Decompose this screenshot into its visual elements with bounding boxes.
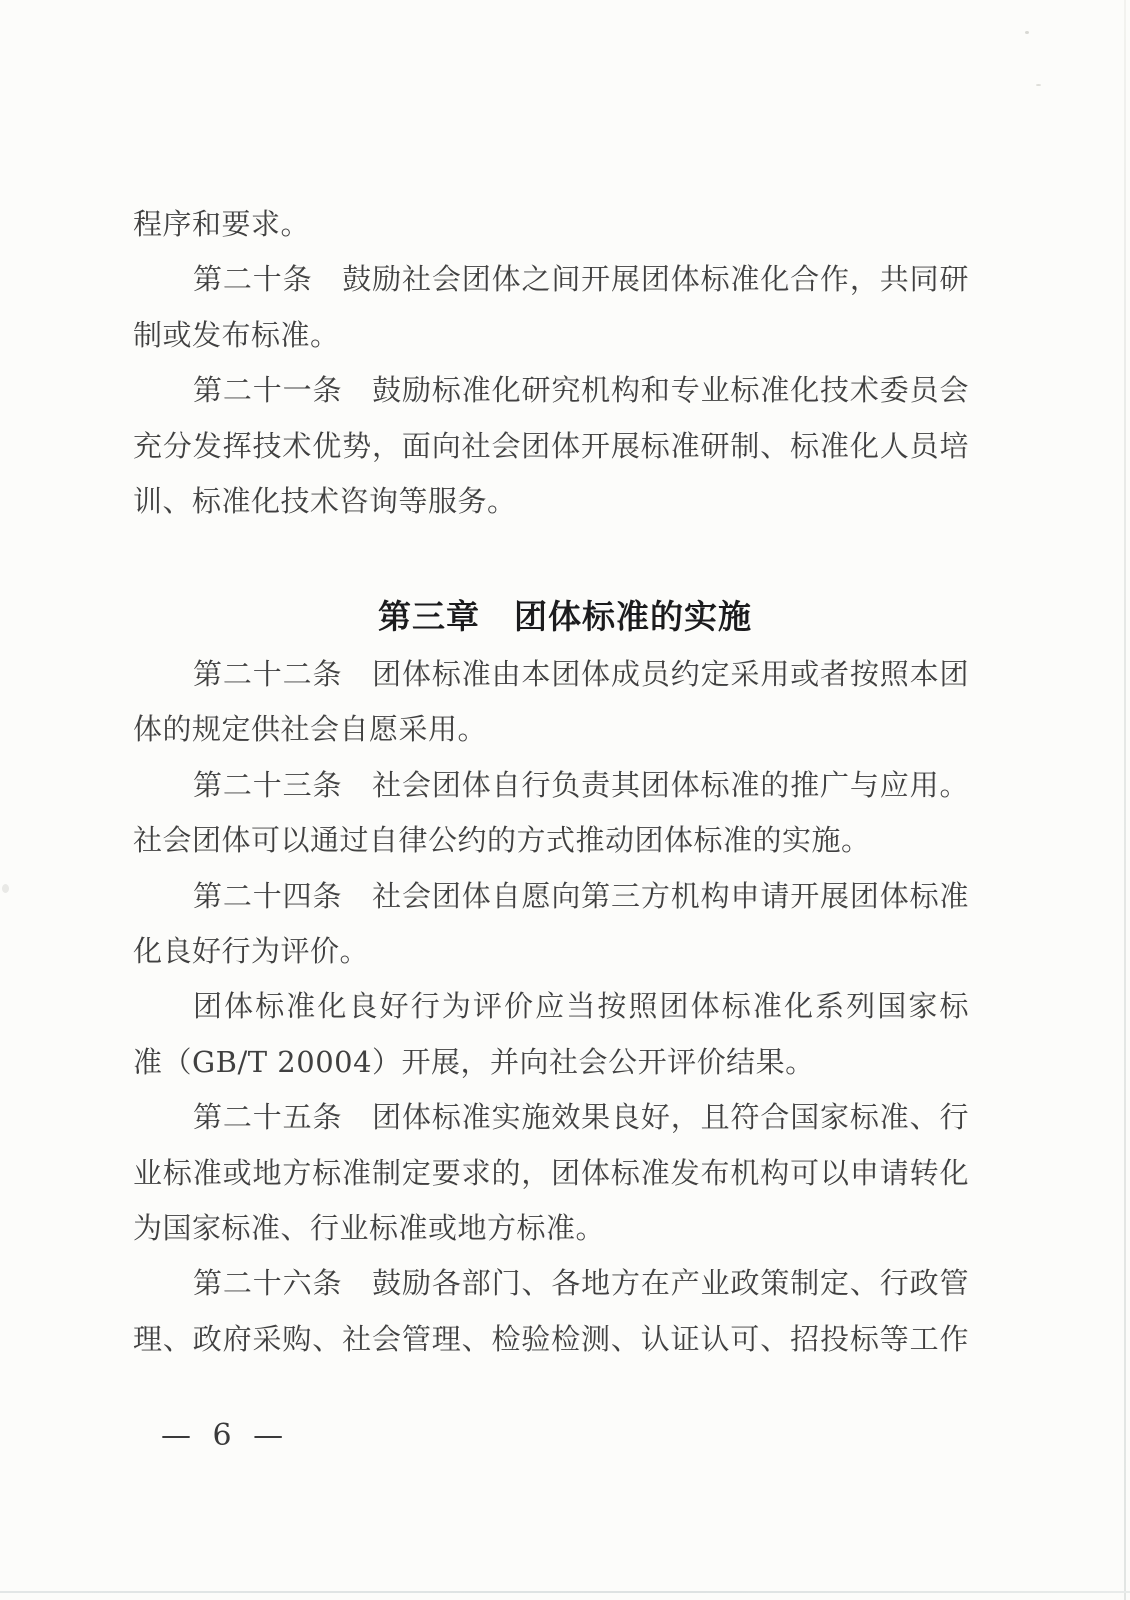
scan-artifact-bottom-edge	[0, 1591, 1130, 1593]
scan-artifact-speck	[2, 884, 9, 893]
text-line: 化良好行为评价。	[133, 924, 969, 979]
chapter-heading: 第三章 团体标准的实施	[0, 592, 1130, 642]
text-line: 第二十一条 鼓励标准化研究机构和专业标准化技术委员会	[133, 363, 969, 418]
scan-artifact-speck	[1025, 31, 1029, 34]
body-text-upper: 程序和要求。第二十条 鼓励社会团体之间开展团体标准化合作，共同研制或发布标准。第…	[133, 197, 969, 529]
scan-artifact-right-edge	[1124, 0, 1126, 1600]
body-text-lower: 第二十二条 团体标准由本团体成员约定采用或者按照本团体的规定供社会自愿采用。第二…	[133, 647, 969, 1367]
text-line: 第二十三条 社会团体自行负责其团体标准的推广与应用。	[133, 758, 969, 813]
text-line: 第二十条 鼓励社会团体之间开展团体标准化合作，共同研	[133, 252, 969, 307]
text-line: 社会团体可以通过自律公约的方式推动团体标准的实施。	[133, 813, 969, 868]
scan-artifact-speck	[1036, 84, 1041, 86]
text-line: 体的规定供社会自愿采用。	[133, 702, 969, 757]
text-line: 为国家标准、行业标准或地方标准。	[133, 1201, 969, 1256]
text-line: 业标准或地方标准制定要求的，团体标准发布机构可以申请转化	[133, 1146, 969, 1201]
page-number: — 6 —	[161, 1419, 285, 1453]
text-line: 第二十二条 团体标准由本团体成员约定采用或者按照本团	[133, 647, 969, 702]
text-line: 程序和要求。	[133, 197, 969, 252]
text-line: 训、标准化技术咨询等服务。	[133, 474, 969, 529]
text-line: 第二十五条 团体标准实施效果良好，且符合国家标准、行	[133, 1090, 969, 1145]
text-line: 第二十六条 鼓励各部门、各地方在产业政策制定、行政管	[133, 1256, 969, 1311]
text-line: 团体标准化良好行为评价应当按照团体标准化系列国家标	[133, 979, 969, 1034]
text-line: 充分发挥技术优势，面向社会团体开展标准研制、标准化人员培	[133, 419, 969, 474]
text-line: 第二十四条 社会团体自愿向第三方机构申请开展团体标准	[133, 869, 969, 924]
scanned-document-page: 程序和要求。第二十条 鼓励社会团体之间开展团体标准化合作，共同研制或发布标准。第…	[0, 0, 1130, 1600]
text-line: 制或发布标准。	[133, 308, 969, 363]
text-line: 准（GB/T 20004）开展，并向社会公开评价结果。	[133, 1035, 969, 1090]
text-line: 理、政府采购、社会管理、检验检测、认证认可、招投标等工作	[133, 1312, 969, 1367]
